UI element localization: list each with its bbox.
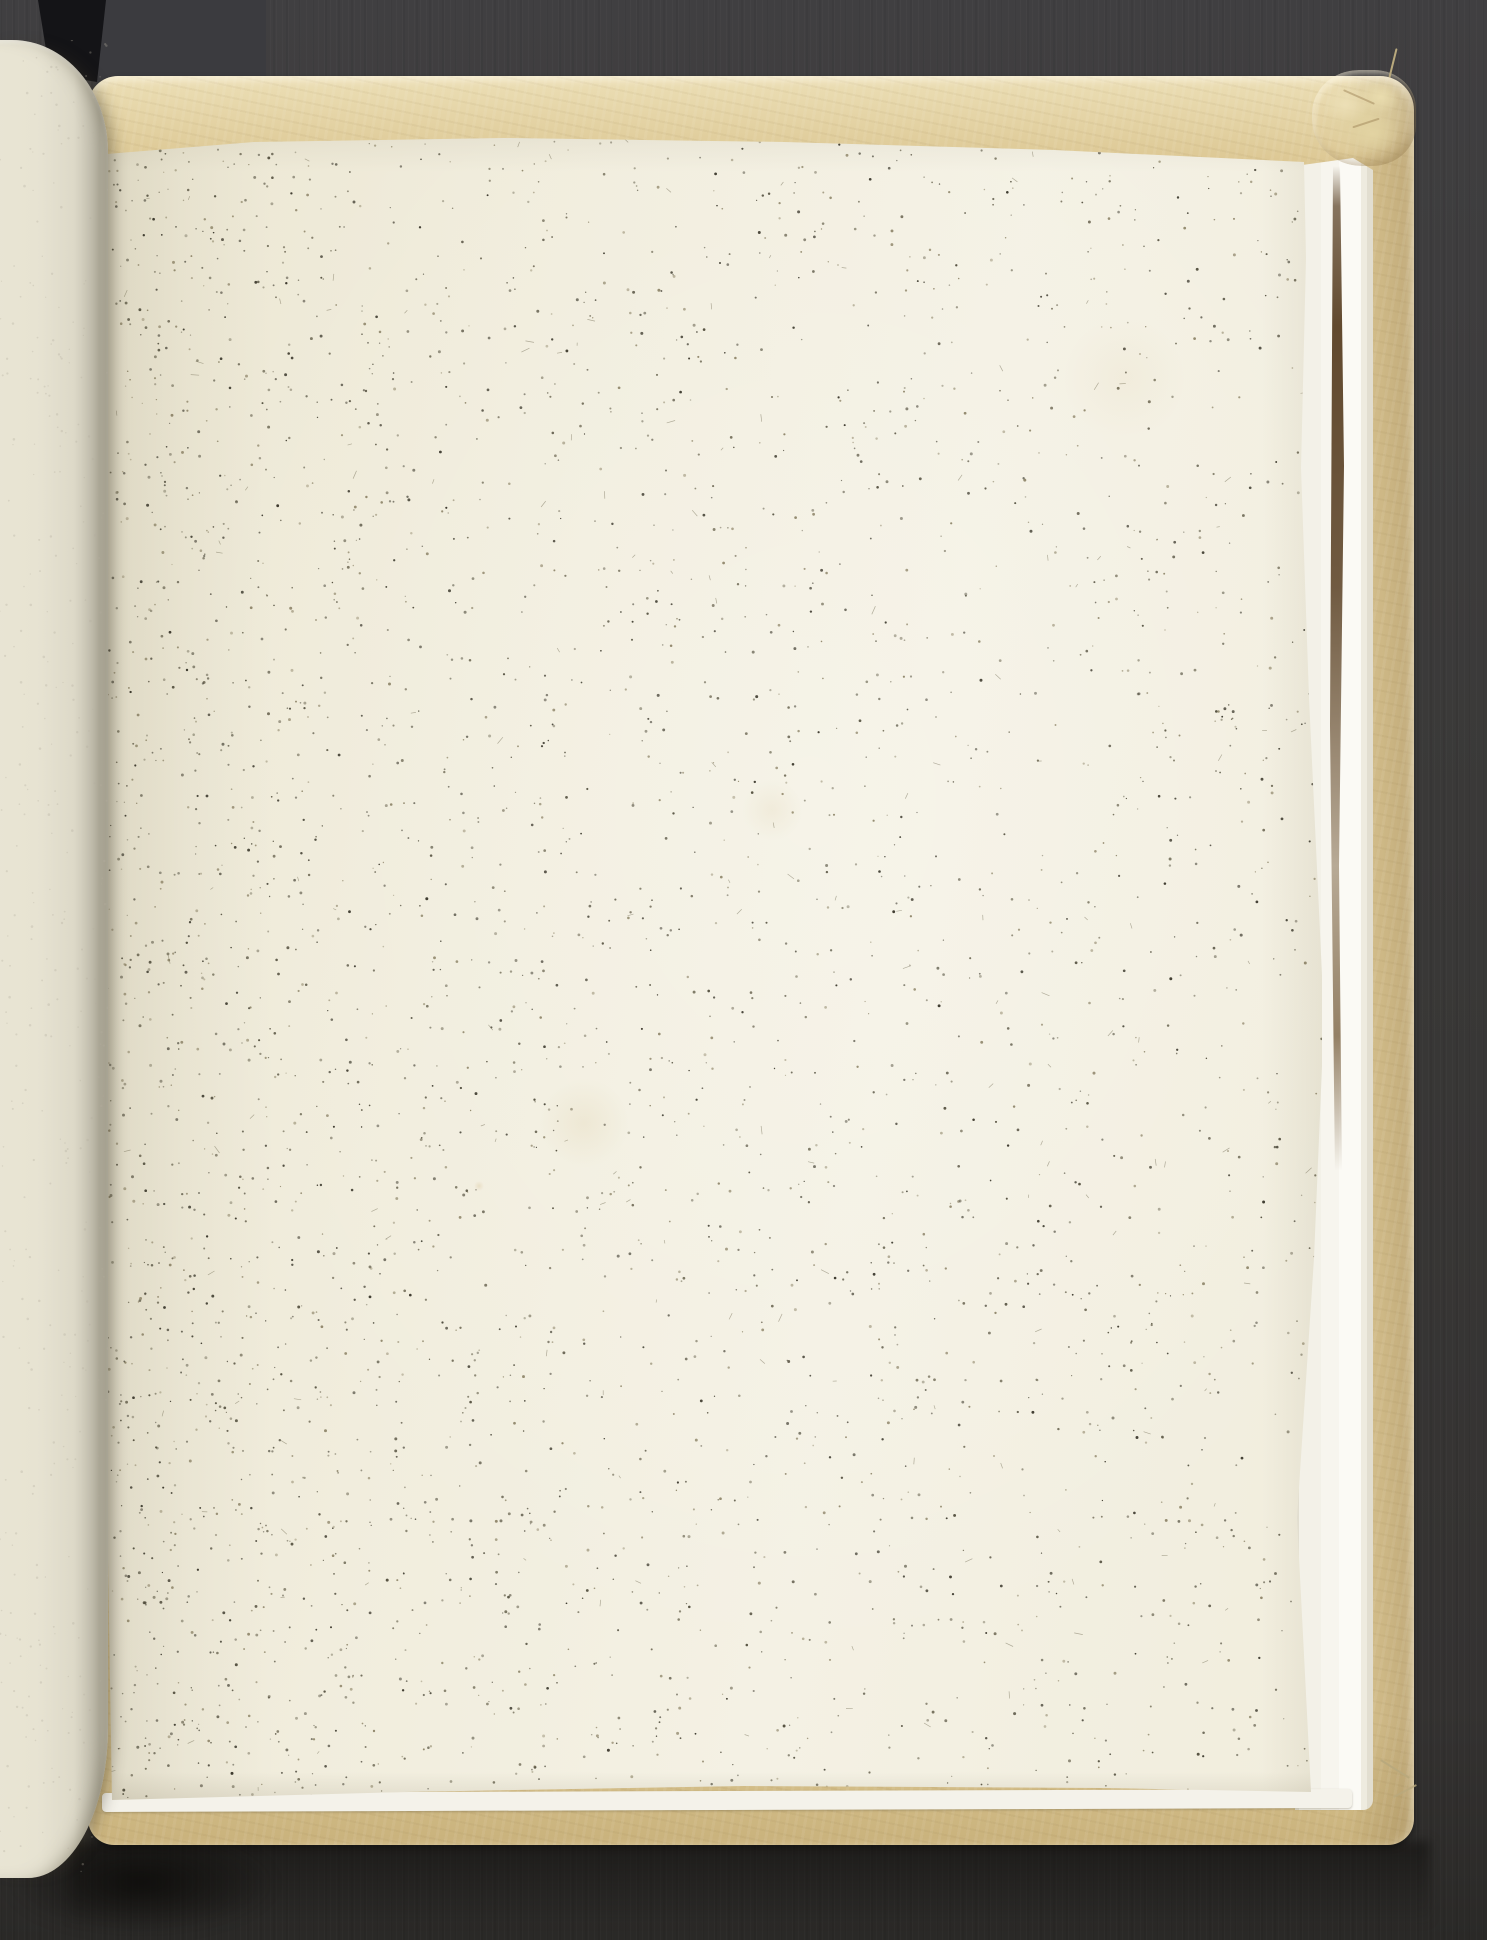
- backdrop-panel: [96, 0, 266, 86]
- turned-page-speckles: [0, 40, 108, 1878]
- vellum-page: [104, 138, 1322, 1800]
- age-stain: [472, 1179, 486, 1193]
- turned-page: [0, 40, 108, 1878]
- age-stain: [522, 1061, 646, 1185]
- age-stain: [1039, 293, 1209, 463]
- age-stain: [730, 768, 814, 852]
- stitching-knot: [1312, 70, 1416, 166]
